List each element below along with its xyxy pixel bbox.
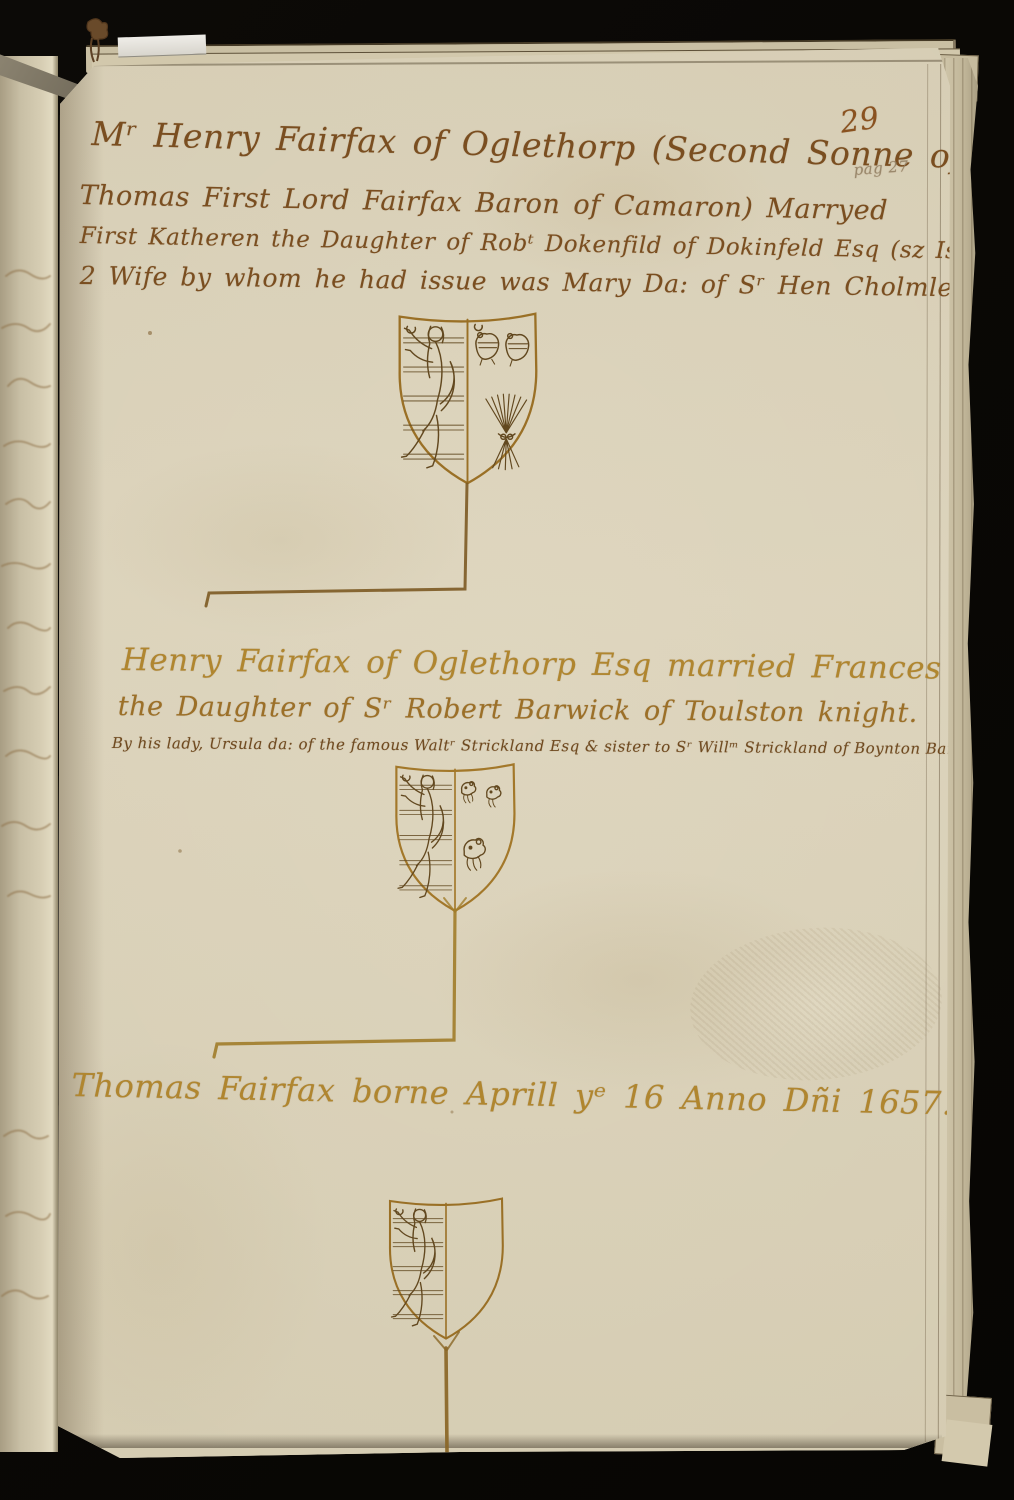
shield-outline xyxy=(400,314,537,484)
marriage-note: By his lady, Ursula da: of the famous Wa… xyxy=(112,734,995,758)
margin-note: pag 27 xyxy=(853,157,909,179)
helmet-icon xyxy=(476,333,499,365)
bear-head-icon xyxy=(462,782,476,803)
shield-outline xyxy=(390,1199,503,1339)
bear-head-icon xyxy=(487,786,501,807)
bear-head-icon xyxy=(464,839,485,871)
fairfax-half xyxy=(392,1209,443,1326)
parchment-grain-patch xyxy=(685,919,947,1088)
lion-rampant-icon xyxy=(392,1209,435,1326)
heading-line-1: Mʳ Henry Fairfax of Oglethorp (Second So… xyxy=(91,114,964,176)
fairfax-half xyxy=(398,775,452,897)
shield-fairfax xyxy=(382,1184,510,1354)
heading-line-3: First Katheren the Daughter of Robᵗ Doke… xyxy=(80,223,1009,265)
shield-fairfax-impaling-cholmley xyxy=(390,305,545,493)
marriage-line-2: the Daughter of Sʳ Robert Barwick of Tou… xyxy=(118,691,918,729)
cholmley-half xyxy=(475,324,529,469)
heading-line-2: Thomas First Lord Fairfax Baron of Camar… xyxy=(79,180,888,227)
manuscript-photograph: Mʳ Henry Fairfax of Oglethorp (Second So… xyxy=(0,0,1014,1500)
page-number: 29 xyxy=(838,101,882,141)
heading-line-4: 2 Wife by whom he had issue was Mary Da:… xyxy=(80,261,1014,303)
parchment-page: Mʳ Henry Fairfax of Oglethorp (Second So… xyxy=(0,0,1014,1500)
helmet-icon xyxy=(506,334,529,366)
crescent-mark-icon xyxy=(475,324,483,330)
facing-page-sliver xyxy=(0,56,58,1452)
fairfax-half xyxy=(402,326,464,467)
leaf-corner-stack xyxy=(942,1419,993,1466)
page-bottom-edge xyxy=(66,1434,942,1448)
paper-tab xyxy=(118,34,207,57)
barwick-half xyxy=(462,782,501,871)
lion-rampant-icon xyxy=(398,775,444,897)
marriage-line-1: Henry Fairfax of Oglethorp Esq married F… xyxy=(122,642,942,687)
facing-page-showthrough xyxy=(0,236,58,1336)
lion-rampant-icon xyxy=(402,326,455,467)
shield-fairfax-impaling-barwick xyxy=(388,756,522,920)
